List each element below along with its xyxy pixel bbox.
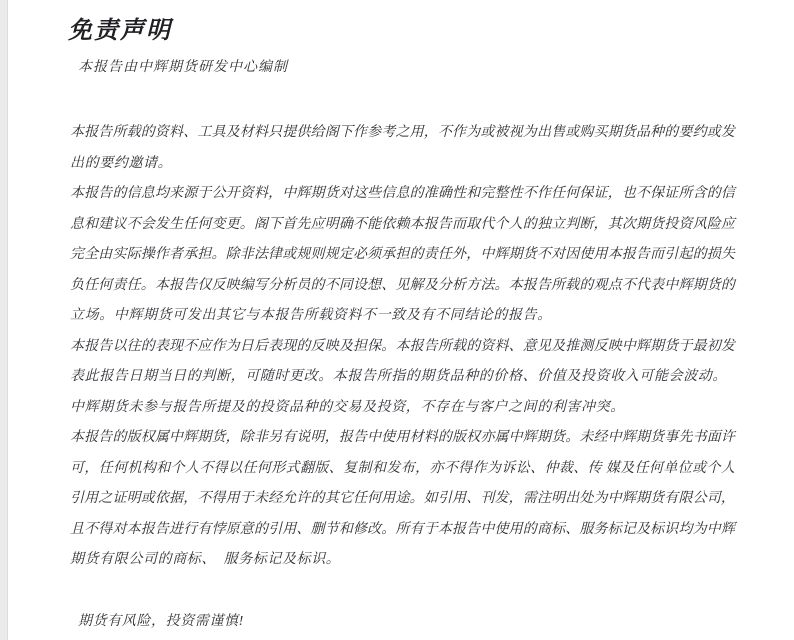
paragraph: 本报告的信息均来源于公开资料，中辉期货对这些信息的准确性和完整性不作任何保证，也… [70, 179, 735, 332]
disclaimer-body: 本报告所载的资料、工具及材料只提供给阁下作参考之用，不作为或被视为出售或购买期货… [70, 118, 735, 576]
paragraph-line: 负任何责任。本报告仅反映编写分析员的不同设想、见解及分析方法。本报告所载的观点不… [70, 271, 735, 302]
paragraph-line: 本报告以往的表现不应作为日后表现的反映及担保。本报告所载的资料、意见及推测反映中… [70, 332, 735, 363]
paragraph-line: 息和建议不会发生任何变更。阁下首先应明确不能依赖本报告而取代个人的独立判断，其次… [70, 210, 735, 241]
paragraph-line: 本报告所载的资料、工具及材料只提供给阁下作参考之用，不作为或被视为出售或购买期货… [70, 118, 735, 149]
paragraph-line: 引用之证明或依据，不得用于未经允许的其它任何用途。如引用、刊发，需注明出处为中辉… [70, 484, 735, 515]
report-source-subtitle: 本报告由中辉期货研发中心编制 [78, 58, 735, 78]
paragraph-line: 期货有限公司的商标、 服务标记及标识。 [70, 545, 735, 576]
paragraph: 中辉期货未参与报告所提及的投资品种的交易及投资，不存在与客户之间的利害冲突。 [70, 393, 735, 424]
paragraph: 本报告的版权属中辉期货，除非另有说明，报告中使用材料的版权亦属中辉期货。未经中辉… [70, 423, 735, 576]
paragraph-line: 立场。中辉期货可发出其它与本报告所载资料不一致及有不同结论的报告。 [70, 301, 735, 332]
paragraph-line: 本报告的版权属中辉期货，除非另有说明，报告中使用材料的版权亦属中辉期货。未经中辉… [70, 423, 735, 454]
paragraph-line: 出的要约邀请。 [70, 149, 735, 180]
paragraph-line: 且不得对本报告进行有悖原意的引用、删节和修改。所有于本报告中使用的商标、服务标记… [70, 515, 735, 546]
paragraph: 本报告以往的表现不应作为日后表现的反映及担保。本报告所载的资料、意见及推测反映中… [70, 332, 735, 393]
page-title: 免责声明 [68, 16, 735, 46]
paragraph-line: 表此报告日期当日的判断，可随时更改。本报告所指的期货品种的价格、价值及投资收入可… [70, 362, 735, 393]
paragraph-line: 可，任何机构和个人不得以任何形式翻版、复制和发布，亦不得作为诉讼、仲裁、传 媒及… [70, 454, 735, 485]
disclaimer-page: 免责声明 本报告由中辉期货研发中心编制 本报告所载的资料、工具及材料只提供给阁下… [0, 0, 794, 640]
paragraph-line: 完全由实际操作者承担。除非法律或规则规定必须承担的责任外，中辉期货不对因使用本报… [70, 240, 735, 271]
paragraph-line: 本报告的信息均来源于公开资料，中辉期货对这些信息的准确性和完整性不作任何保证，也… [70, 179, 735, 210]
risk-warning: 期货有风险，投资需谨慎! [78, 612, 735, 632]
paragraph-line: 中辉期货未参与报告所提及的投资品种的交易及投资，不存在与客户之间的利害冲突。 [70, 393, 735, 424]
paragraph: 本报告所载的资料、工具及材料只提供给阁下作参考之用，不作为或被视为出售或购买期货… [70, 118, 735, 179]
